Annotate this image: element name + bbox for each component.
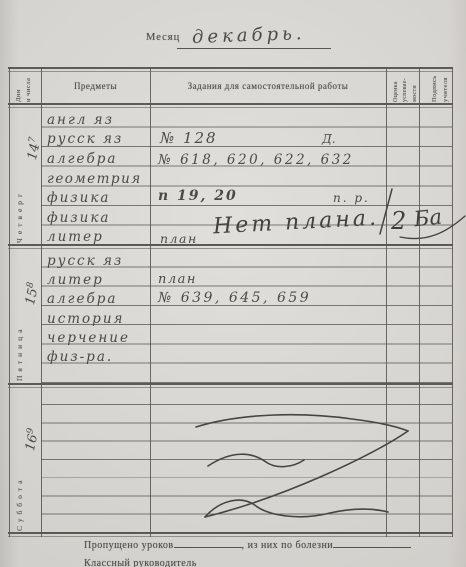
class-teacher-label: Классный руководитель (84, 558, 197, 567)
col-header-grade-line1: Оценка (392, 78, 401, 102)
task-entry: № 639, 645, 659 (158, 290, 311, 306)
col-header-tasks: Задания для самостоятельной работы (150, 81, 386, 91)
col-header-grade-line3: мости (411, 78, 420, 102)
col-header-days-line1: Дни (14, 78, 24, 102)
col-header-subjects: Предметы (41, 81, 150, 91)
col-header-grade-line2: успевае- (401, 78, 410, 102)
sick-lessons-blank (333, 538, 411, 548)
subject-entry: физика (47, 210, 110, 226)
sick-lessons-label: , из них по болезни (242, 540, 334, 551)
diary-page-scan: Месяц декабрь. Дни и числа Предметы Зада… (0, 0, 466, 567)
grade-value: 2 (391, 207, 406, 235)
day-name-saturday: Суббота (15, 477, 24, 531)
month-underline (177, 48, 331, 49)
col-header-signature-line1: Подпись (429, 75, 440, 102)
day-date-friday-main: 15 (23, 287, 41, 306)
task-entry: № 128 (160, 129, 218, 147)
task-entry: № 618, 620, 622, 632 (158, 152, 354, 168)
day-date-friday: 158 (22, 281, 42, 306)
subject-entry: англ яз (47, 112, 114, 128)
col-header-signature-line2: учителя (440, 75, 451, 102)
footer-missed-line: Пропущено уроков, из них по болезни (84, 538, 411, 551)
subject-entry: русск яз (47, 131, 123, 147)
subject-entry: черчение (47, 330, 130, 346)
day-date-saturday: 169 (22, 427, 42, 452)
subject-entry: алгебра (47, 291, 117, 307)
task-entry: план (158, 272, 197, 287)
table-left-border (9, 67, 10, 537)
missed-lessons-blank (174, 538, 242, 548)
task-entry: план (160, 231, 198, 246)
month-label: Месяц (146, 32, 180, 43)
month-value: декабрь. (192, 23, 306, 48)
table-right-border (452, 67, 453, 537)
day-date-saturday-main: 16 (23, 433, 41, 452)
subject-entry: геометрия (47, 171, 142, 187)
footer-teacher-line: Классный руководитель (84, 558, 197, 567)
day-name-friday: Пятница (15, 325, 24, 381)
subject-entry: литер (47, 272, 104, 288)
col-header-days-line2: и числа (24, 78, 34, 102)
col-header-days: Дни и числа (14, 78, 35, 102)
col-header-grade: Оценка успевае- мости (392, 78, 420, 102)
day-name-thursday: Четверг (15, 190, 24, 243)
subject-entry: русск яз (47, 253, 123, 269)
teacher-signature: Ба (413, 205, 443, 232)
task-mark: Д. (322, 132, 336, 146)
ruled-lines-block-3 (41, 387, 452, 533)
subject-entry: литер (47, 229, 104, 245)
task-entry: п 19, 20 (158, 188, 238, 204)
subject-entry: физ-ра. (47, 349, 113, 365)
col-header-signature: Подпись учителя (429, 75, 451, 102)
subject-entry: история (47, 311, 124, 327)
task-mark: п. р. (333, 191, 370, 205)
missed-lessons-label: Пропущено уроков (84, 540, 174, 551)
subject-entry: физика (47, 190, 110, 206)
subject-entry: алгебра (47, 151, 117, 167)
